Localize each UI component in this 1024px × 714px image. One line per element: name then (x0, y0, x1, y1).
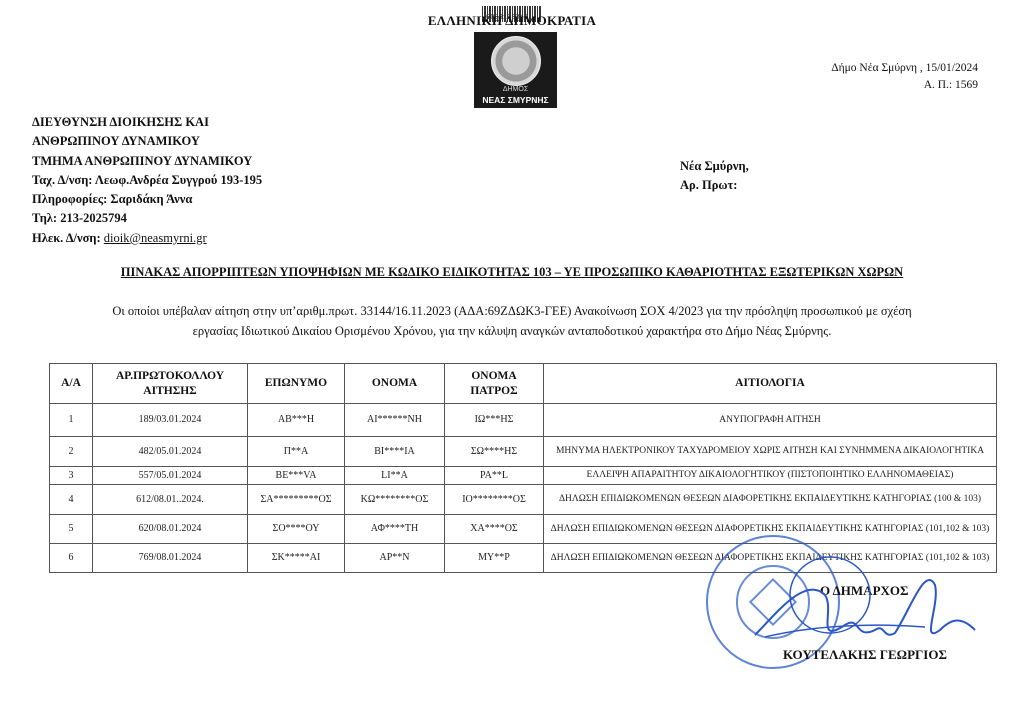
sender-line: ΔΙΕΥΘΥΝΣΗ ΔΙΟΙΚΗΣΗΣ ΚΑΙ (32, 113, 262, 132)
cell-surname: ΣΑ*********ΟΣ (248, 485, 345, 515)
rejected-candidates-table: Α/Α ΑΡ.ΠΡΩΤΟΚΟΛΛΟΥ ΑΙΤΗΣΗΣ ΕΠΩΝΥΜΟ ΟΝΟΜΑ… (49, 363, 997, 573)
table-row: 4612/08.01..2024.ΣΑ*********ΟΣΚΩ********… (50, 485, 997, 515)
table-row: 2482/05.01.2024Π**ΑΒΙ****ΙΑΣΩ****ΗΣΜΗΝΥΜ… (50, 437, 997, 467)
protocol-line: Α. Π.: 1569 (831, 77, 978, 94)
header-name: ΟΝΟΜΑ (345, 364, 445, 404)
cell-name: ΑΡ**Ν (345, 544, 445, 573)
cell-father-name: ΙΩ***ΗΣ (445, 404, 544, 437)
intro-paragraph: Οι οποίοι υπέβαλαν αίτηση στην υπ’αριθμ.… (30, 301, 994, 341)
cell-protocol: 620/08.01.2024 (93, 515, 248, 544)
recipient-block: Νέα Σμύρνη, Αρ. Πρωτ: (680, 157, 749, 195)
sender-block: ΔΙΕΥΘΥΝΣΗ ΔΙΟΙΚΗΣΗΣ ΚΑΙ ΑΝΘΡΩΠΙΝΟΥ ΔΥΝΑΜ… (32, 113, 262, 248)
cell-father-name: ΜΥ**Ρ (445, 544, 544, 573)
cell-protocol: 557/05.01.2024 (93, 467, 248, 485)
cell-name: ΑΙ******ΝΗ (345, 404, 445, 437)
header-father-name: ΟΝΟΜΑ ΠΑΤΡΟΣ (445, 364, 544, 404)
cell-father-name: PA**L (445, 467, 544, 485)
logo-line-1: ΔΗΜΟΣ (474, 86, 557, 93)
table-row: 5620/08.01.2024ΣΟ****ΟΥΑΦ****ΤΗΧΑ****ΟΣΔ… (50, 515, 997, 544)
table-row: 1189/03.01.2024ΑΒ***ΗΑΙ******ΝΗΙΩ***ΗΣΑΝ… (50, 404, 997, 437)
cell-aa: 3 (50, 467, 93, 485)
table-row: 3557/05.01.2024BE***VALI**APA**LΕΛΛΕΙΨΗ … (50, 467, 997, 485)
republic-heading: ΕΛΛΗΝΙΚΗ ΔΗΜΟΚΡΑΤΙΑ (0, 13, 1024, 29)
municipality-logo: ΔΗΜΟΣ ΝΕΑΣ ΣΜΥΡΝΗΣ (474, 32, 557, 108)
cell-surname: ΣΚ*****ΑΙ (248, 544, 345, 573)
municipality-coin-emblem-icon (491, 36, 541, 86)
cell-father-name: ΙΟ********ΟΣ (445, 485, 544, 515)
cell-reason: ΑΝΥΠΟΓΡΑΦΗ ΑΙΤΗΣΗ (544, 404, 997, 437)
cell-protocol: 769/08.01.2024 (93, 544, 248, 573)
sender-line: ΤΜΗΜΑ ΑΝΘΡΩΠΙΝΟΥ ΔΥΝΑΜΙΚΟΥ (32, 152, 262, 171)
header-reason: ΑΙΤΙΟΛΟΓΙΑ (544, 364, 997, 404)
recipient-protocol: Αρ. Πρωτ: (680, 176, 749, 195)
cell-name: ΚΩ********ΟΣ (345, 485, 445, 515)
date-protocol-block: Δήμο Νέα Σμύρνη , 15/01/2024 Α. Π.: 1569 (831, 60, 978, 94)
cell-surname: Π**Α (248, 437, 345, 467)
logo-line-2: ΝΕΑΣ ΣΜΥΡΝΗΣ (474, 95, 557, 105)
cell-name: ΒΙ****ΙΑ (345, 437, 445, 467)
header-surname: ΕΠΩΝΥΜΟ (248, 364, 345, 404)
header-aa: Α/Α (50, 364, 93, 404)
cell-protocol: 189/03.01.2024 (93, 404, 248, 437)
cell-reason: ΕΛΛΕΙΨΗ ΑΠΑΡΑΙΤΗΤΟΥ ΔΙΚΑΙΟΛΟΓΗΤΙΚΟΥ (ΠΙΣ… (544, 467, 997, 485)
table-header-row: Α/Α ΑΡ.ΠΡΩΤΟΚΟΛΛΟΥ ΑΙΤΗΣΗΣ ΕΠΩΝΥΜΟ ΟΝΟΜΑ… (50, 364, 997, 404)
cell-protocol: 482/05.01.2024 (93, 437, 248, 467)
sender-line: Πληροφορίες: Σαριδάκη Άννα (32, 190, 262, 209)
intro-line-2: εργασίας Ιδιωτικού Δικαίου Ορισμένου Χρό… (30, 321, 994, 341)
cell-surname: ΑΒ***Η (248, 404, 345, 437)
cell-reason: ΜΗΝΥΜΑ ΗΛΕΚΤΡΟΝΙΚΟΥ ΤΑΧΥΔΡΟΜΕΙΟΥ ΧΩΡΙΣ Α… (544, 437, 997, 467)
email-link[interactable]: dioik@neasmyrni.gr (104, 231, 207, 245)
cell-father-name: ΣΩ****ΗΣ (445, 437, 544, 467)
cell-reason: ΔΗΛΩΣΗ ΕΠΙΔΙΩΚΟΜΕΝΩΝ ΘΕΣΕΩΝ ΔΙΑΦΟΡΕΤΙΚΗΣ… (544, 485, 997, 515)
intro-line-1: Οι οποίοι υπέβαλαν αίτηση στην υπ’αριθμ.… (30, 301, 994, 321)
cell-aa: 6 (50, 544, 93, 573)
header-protocol: ΑΡ.ΠΡΩΤΟΚΟΛΛΟΥ ΑΙΤΗΣΗΣ (93, 364, 248, 404)
recipient-place: Νέα Σμύρνη, (680, 157, 749, 176)
cell-aa: 1 (50, 404, 93, 437)
cell-name: LI**A (345, 467, 445, 485)
sender-line: Τηλ: 213-2025794 (32, 209, 262, 228)
sender-line: Ταχ. Δ/νση: Λεωφ.Ανδρέα Συγγρού 193-195 (32, 171, 262, 190)
cell-aa: 2 (50, 437, 93, 467)
date-line: Δήμο Νέα Σμύρνη , 15/01/2024 (831, 60, 978, 77)
cell-protocol: 612/08.01..2024. (93, 485, 248, 515)
sender-email-line: Ηλεκ. Δ/νση: dioik@neasmyrni.gr (32, 229, 262, 248)
cell-father-name: ΧΑ****ΟΣ (445, 515, 544, 544)
email-label: Ηλεκ. Δ/νση: (32, 231, 104, 245)
mayor-name: ΚΟΥΤΕΛΑΚΗΣ ΓΕΩΡΓΙΟΣ (783, 647, 947, 663)
cell-aa: 5 (50, 515, 93, 544)
cell-surname: BE***VA (248, 467, 345, 485)
document-title: ΠΙΝΑΚΑΣ ΑΠΟΡΡΙΠΤΕΩΝ ΥΠΟΨΗΦΙΩΝ ΜΕ ΚΩΔΙΚΟ … (0, 265, 1024, 280)
cell-surname: ΣΟ****ΟΥ (248, 515, 345, 544)
sender-line: ΑΝΘΡΩΠΙΝΟΥ ΔΥΝΑΜΙΚΟΥ (32, 132, 262, 151)
cell-aa: 4 (50, 485, 93, 515)
cell-name: ΑΦ****ΤΗ (345, 515, 445, 544)
